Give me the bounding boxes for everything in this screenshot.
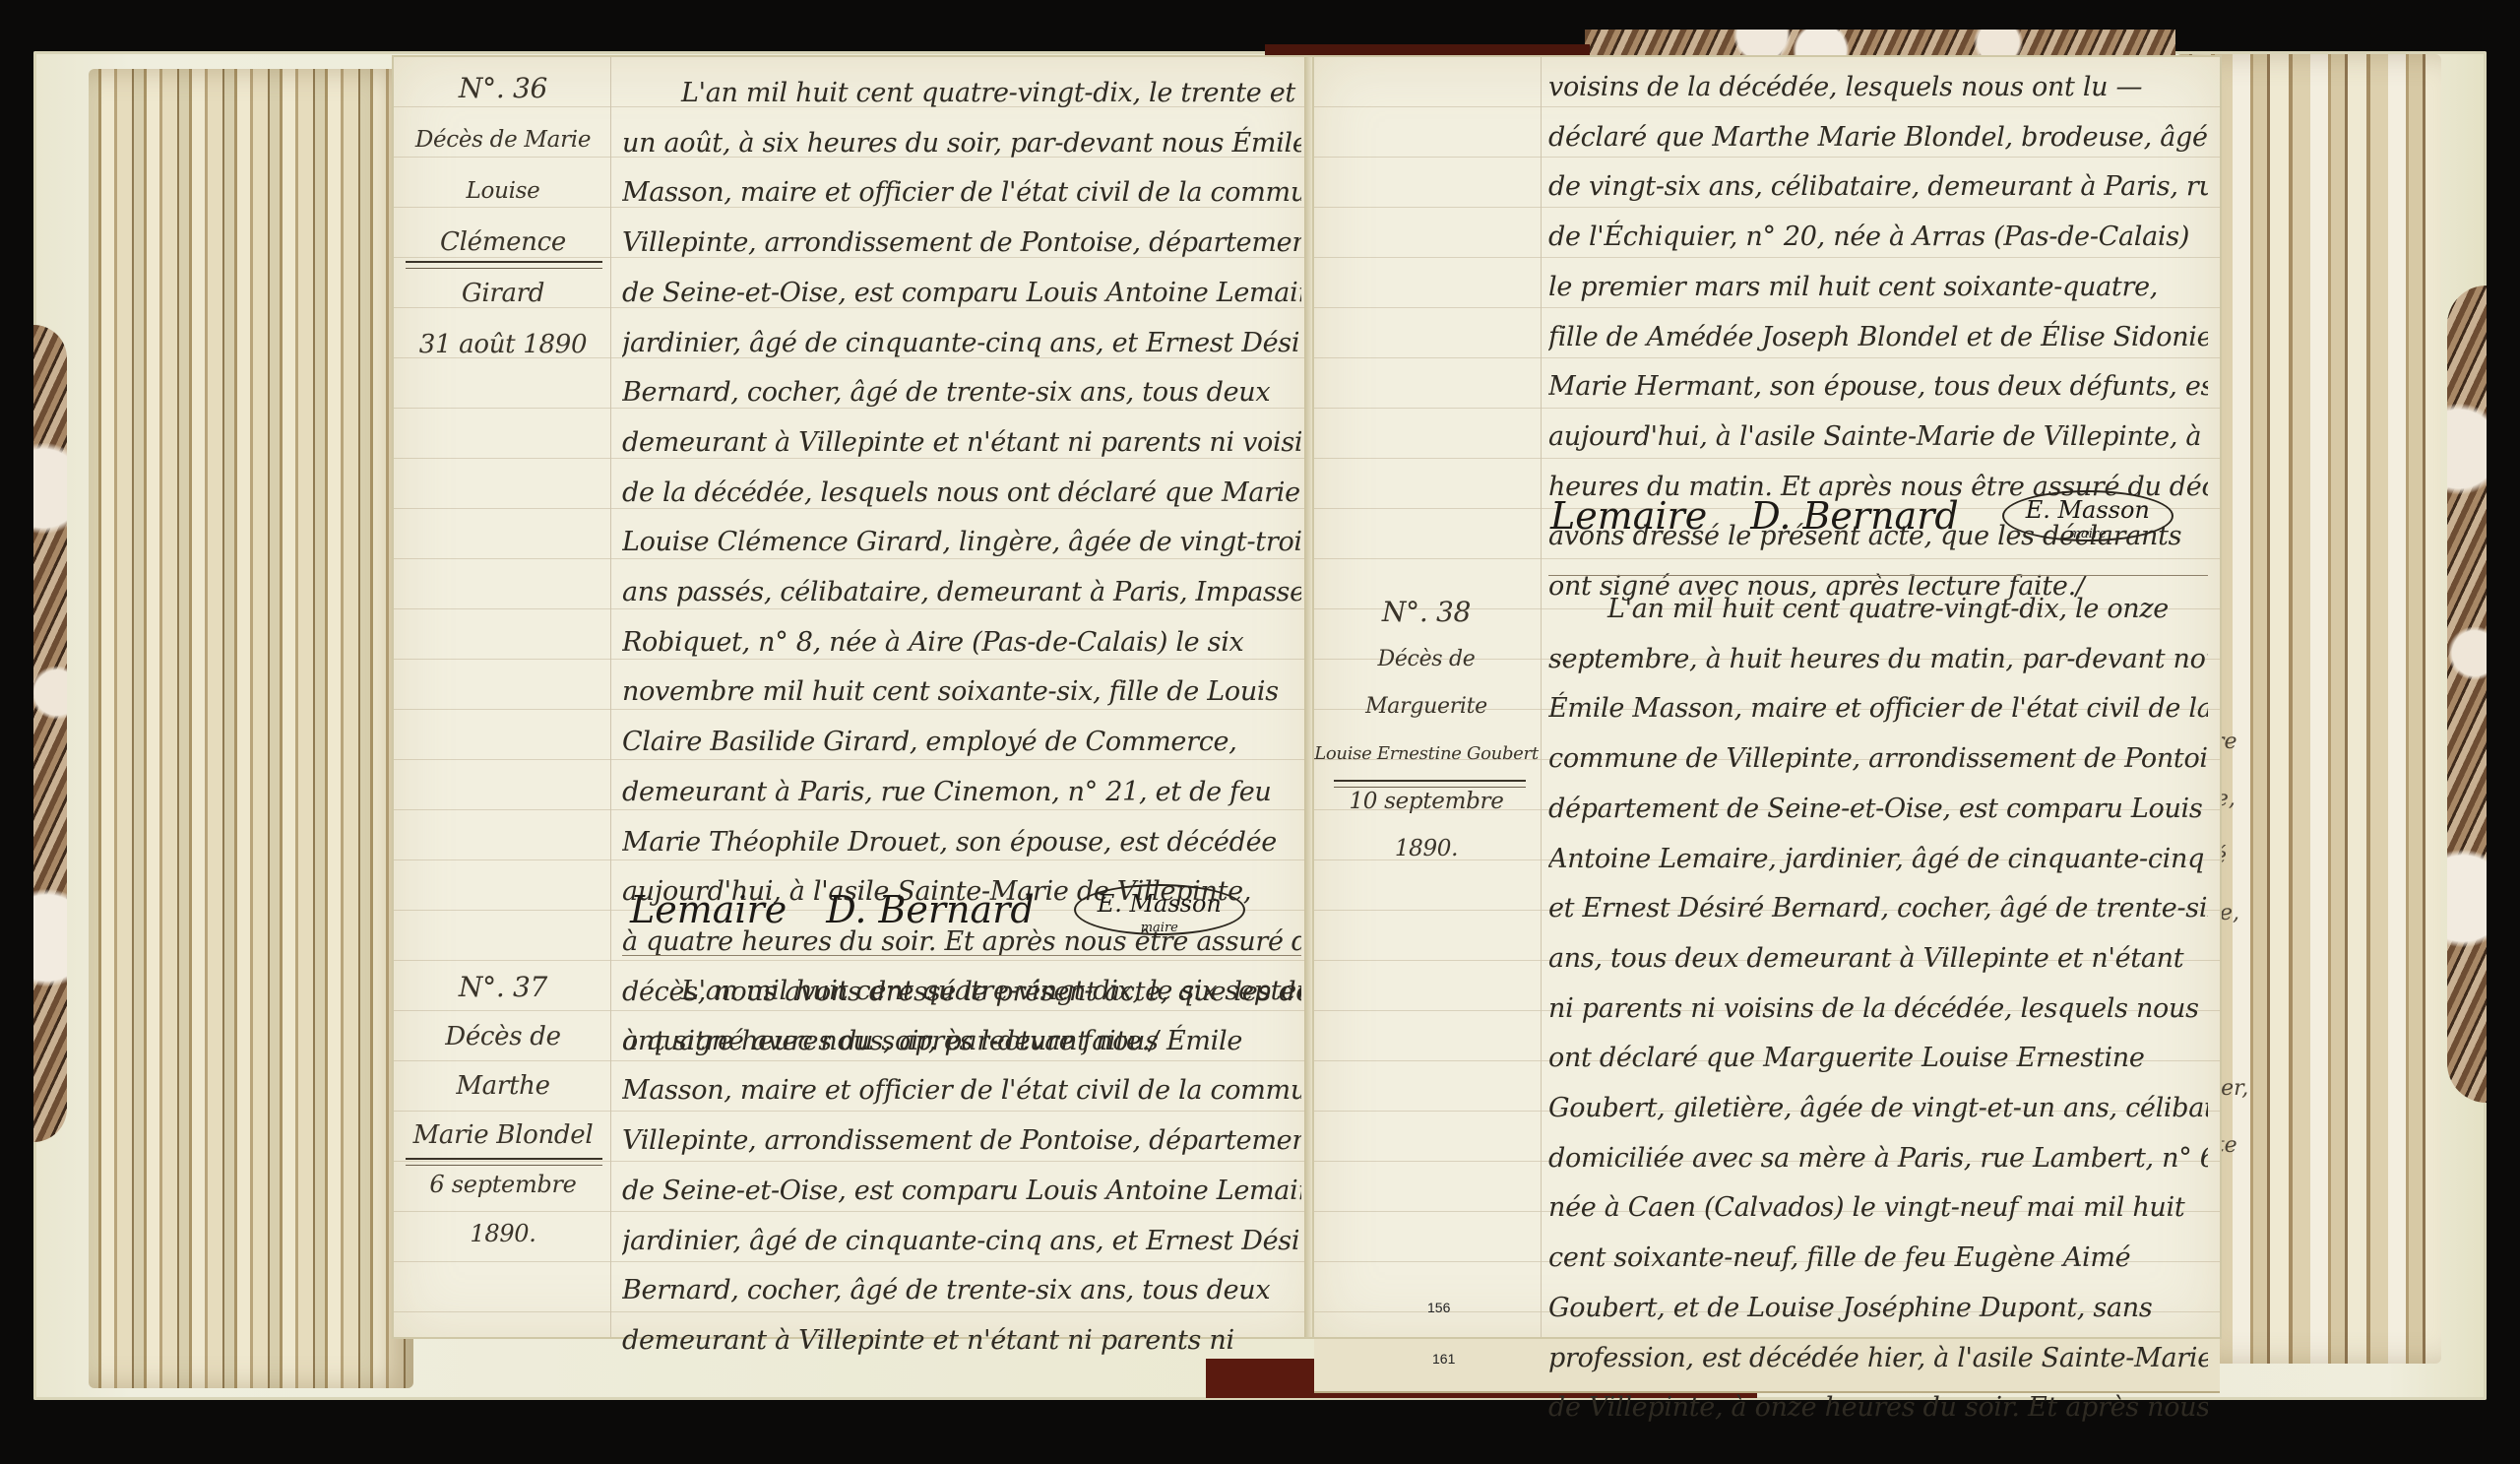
entry-separator [1548,575,2208,576]
margin-separator [406,1158,602,1166]
text-line: domiciliée avec sa mère à Paris, rue Lam… [1548,1134,2208,1184]
text-line: née à Caen (Calvados) le vingt-neuf mai … [1548,1183,2208,1234]
margin-title-line: Louise Ernestine Goubert [1314,731,1539,778]
marbled-endpaper-right [2447,286,2487,1103]
margin-rule [1541,57,1542,1337]
entry-number: N°. 38 [1314,589,1539,636]
text-line: Villepinte, arrondissement de Pontoise, … [622,1116,1301,1167]
margin-entry-37: N°. 37 Décès de Marthe Marie Blondel 6 s… [400,963,606,1258]
mayor-title: maire [1141,921,1178,935]
text-line: à quatre heures du soir, par-devant nous… [622,1017,1301,1067]
margin-entry-36: N°. 36 Décès de Marie Louise Clémence Gi… [400,63,606,370]
text-line: septembre, à huit heures du matin, par-d… [1548,635,2208,685]
text-line: Marie Théophile Drouet, son épouse, est … [622,818,1301,868]
margin-title-line: Décès de Marthe [400,1012,606,1111]
margin-title-line: Décès de Marie Louise [400,114,606,217]
margin-date: 10 septembre 1890. [1314,778,1539,872]
entry-37-body: L'an mil huit cent quatre-vingt-dix, le … [622,967,1301,1367]
text-line: Bernard, cocher, âgé de trente-six ans, … [622,368,1301,418]
signature-row-37: Lemaire D. Bernard E. Masson maire [1550,490,2210,541]
text-line: de vingt-six ans, célibataire, demeurant… [1548,162,2208,213]
text-line: Goubert, et de Louise Joséphine Dupont, … [1548,1284,2208,1334]
text-line: Bernard, cocher, âgé de trente-six ans, … [622,1266,1301,1316]
margin-title-line: Décès de Marguerite [1314,636,1539,731]
marbled-endpaper-top [1585,30,2175,57]
entry-separator [622,955,1301,956]
text-line: de la décédée, lesquels nous ont déclaré… [622,469,1301,519]
text-line: ont déclaré que Marguerite Louise Ernest… [1548,1034,2208,1084]
left-page: N°. 36 Décès de Marie Louise Clémence Gi… [394,57,1314,1337]
text-line: et Ernest Désiré Bernard, cocher, âgé de… [1548,884,2208,934]
text-line: Villepinte, arrondissement de Pontoise, … [622,219,1301,269]
signature-row-36: Lemaire D. Bernard E. Masson maire [630,884,1299,935]
signature-bernard: D. Bernard [1750,494,1958,538]
text-line: Claire Basilide Girard, employé de Comme… [622,718,1301,768]
text-line: Émile Masson, maire et officier de l'éta… [1548,684,2208,734]
entry-number: N°. 36 [400,63,606,114]
text-line: voisins de la décédée, lesquels nous ont… [1548,63,2208,113]
text-line: Louise Clémence Girard, lingère, âgée de… [622,518,1301,568]
text-line: novembre mil huit cent soixante-six, fil… [622,668,1301,718]
page-stack-left [89,69,413,1388]
text-line: L'an mil huit cent quatre-vingt-dix, le … [1548,585,2208,635]
text-line: ni parents ni voisins de la décédée, les… [1548,985,2208,1035]
entry-38-body: L'an mil huit cent quatre-vingt-dix, le … [1548,585,2208,1433]
text-line: commune de Villepinte, arrondissement de… [1548,734,2208,785]
text-line: déclaré que Marthe Marie Blondel, brodeu… [1548,113,2208,163]
text-line: demeurant à Paris, rue Cinemon, n° 21, e… [622,768,1301,818]
mayor-name: E. Masson [1098,890,1222,918]
margin-entry-38: N°. 38 Décès de Marguerite Louise Ernest… [1314,589,1539,872]
text-line: jardinier, âgé de cinquante-cinq ans, et… [622,319,1301,369]
text-line: ans, tous deux demeurant à Villepinte et… [1548,934,2208,985]
text-line: de Seine-et-Oise, est comparu Louis Anto… [622,1167,1301,1217]
folio-number-under: 161 [1432,1351,1455,1367]
margin-rule [610,57,611,1337]
right-page: voisins de la décédée, lesquels nous ont… [1314,57,2220,1337]
text-line: aujourd'hui, à l'asile Sainte-Marie de V… [1548,413,2208,463]
mayor-name: E. Masson [2026,496,2150,524]
text-line: profession, est décédée hier, à l'asile … [1548,1334,2208,1384]
text-line: de Villepinte, à onze heures du soir. Et… [1548,1383,2208,1433]
text-line: demeurant à Villepinte et n'étant ni par… [622,1316,1301,1367]
spine-top [1265,44,1590,58]
signature-lemaire: Lemaire [630,888,787,931]
text-line: le premier mars mil huit cent soixante-q… [1548,263,2208,313]
marbled-endpaper-left [33,325,67,1142]
text-line: Goubert, giletière, âgée de vingt-et-un … [1548,1084,2208,1134]
text-line: de l'Échiquier, n° 20, née à Arras (Pas-… [1548,213,2208,263]
text-line: ans passés, célibataire, demeurant à Par… [622,568,1301,618]
text-line: cent soixante-neuf, fille de feu Eugène … [1548,1234,2208,1284]
text-line: Robiquet, n° 8, née à Aire (Pas-de-Calai… [622,618,1301,668]
signature-lemaire: Lemaire [1550,494,1707,538]
margin-date: 6 septembre 1890. [400,1160,606,1258]
text-line: Masson, maire et officier de l'état civi… [622,168,1301,219]
text-line: Marie Hermant, son épouse, tous deux déf… [1548,362,2208,413]
margin-separator [406,261,602,269]
signature-bernard: D. Bernard [826,888,1034,931]
margin-title-line: Marie Blondel [400,1111,606,1160]
text-line: un août, à six heures du soir, par-devan… [622,119,1301,169]
text-line: demeurant à Villepinte et n'étant ni par… [622,418,1301,469]
text-line: fille de Amédée Joseph Blondel et de Éli… [1548,313,2208,363]
text-line: département de Seine-et-Oise, est compar… [1548,785,2208,835]
text-line: Masson, maire et officier de l'état civi… [622,1066,1301,1116]
signature-mayor-masson: E. Masson maire [2002,490,2173,541]
margin-date: 31 août 1890 [400,319,606,370]
entry-number: N°. 37 [400,963,606,1012]
signature-mayor-masson: E. Masson maire [1074,884,1245,935]
margin-separator [1334,780,1526,788]
mayor-title: maire [2069,527,2107,541]
text-line: L'an mil huit cent quatre-vingt-dix, le … [622,69,1301,119]
folio-number: 156 [1427,1300,1450,1315]
text-line: L'an mil huit cent quatre-vingt-dix, le … [622,967,1301,1017]
text-line: Antoine Lemaire, jardinier, âgé de cinqu… [1548,835,2208,885]
text-line: de Seine-et-Oise, est comparu Louis Anto… [622,269,1301,319]
text-line: jardinier, âgé de cinquante-cinq ans, et… [622,1217,1301,1267]
